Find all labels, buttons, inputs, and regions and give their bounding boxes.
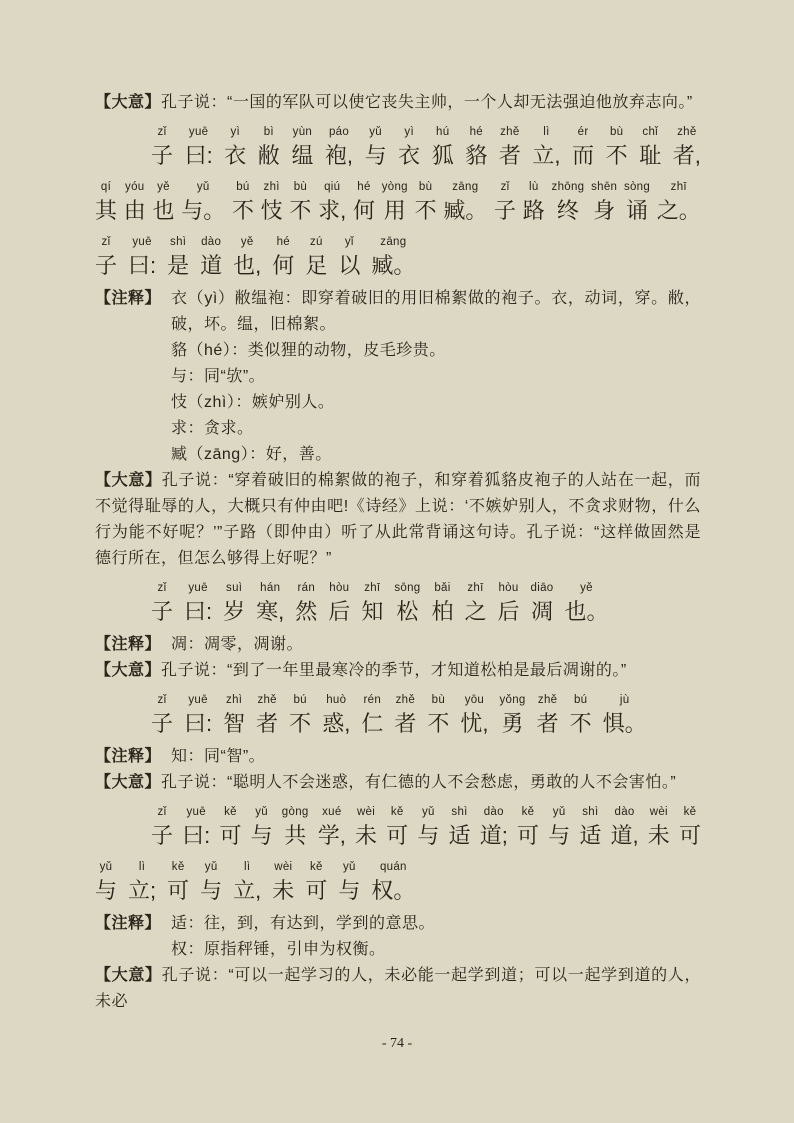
dayi-text: 孔子说：“一国的军队可以使它丧失主帅，一个人却无法强迫他放弃志向。” <box>161 94 693 111</box>
pinyin-annotation: yì <box>404 125 414 140</box>
hanzi-character: 由 <box>124 195 146 226</box>
pinyin-annotation: hòu <box>329 581 349 596</box>
verse-syllable: zhě者, <box>673 125 701 171</box>
dayi-paragraph: 【大意】孔子说：“一国的军队可以使它丧失主帅，一个人却无法强迫他放弃志向。” <box>95 90 701 116</box>
note-entry: 知：同“智”。 <box>171 744 701 770</box>
hanzi-character: 子 <box>151 596 173 627</box>
verse-syllable: zǐ子 <box>151 805 173 851</box>
pinyin-annotation: bù <box>432 693 445 708</box>
pinyin-annotation: yǒng <box>499 693 525 708</box>
pinyin-annotation: yōu <box>465 693 484 708</box>
pinyin-annotation: yě <box>157 180 170 195</box>
verse-syllable: lù路 <box>523 180 545 226</box>
verse-syllable: hú狐 <box>432 125 454 171</box>
pinyin-annotation: kě <box>684 805 697 820</box>
pinyin-annotation: bú <box>236 180 249 195</box>
pinyin-annotation: shēn <box>591 180 617 195</box>
pinyin-annotation: hú <box>436 125 449 140</box>
hanzi-character: 子 <box>95 250 117 281</box>
pinyin-annotation: hòu <box>498 581 518 596</box>
hanzi-character: 与 <box>548 820 570 851</box>
verse-syllable: qiú求, <box>318 180 346 226</box>
verse-syllable: kě可 <box>679 805 701 851</box>
page-content: 【大意】孔子说：“一国的军队可以使它丧失主帅，一个人却无法强迫他放弃志向。”zǐ… <box>95 90 701 1015</box>
hanzi-character: 衣 <box>398 140 420 171</box>
verse-syllable: bù不 <box>415 180 437 226</box>
pinyin-annotation: gòng <box>282 805 309 820</box>
note-block: 【注释】衣（yì）敝缊袍：即穿着破旧的用旧棉絮做的袍子。衣，动词，穿。敝，破，坏… <box>95 286 701 468</box>
verse-syllable: bù不 <box>427 693 449 739</box>
dayi-label: 【大意】 <box>95 774 161 791</box>
hanzi-character: 智 <box>223 708 245 739</box>
hanzi-character: 惧。 <box>603 708 647 739</box>
hanzi-character: 仁 <box>361 708 383 739</box>
hanzi-character: 子 <box>494 195 516 226</box>
pinyin-annotation: dào <box>201 235 221 250</box>
verse-syllable: wèi未 <box>648 805 670 851</box>
verse-syllable: gòng共 <box>282 805 309 851</box>
verse-syllable: dào道 <box>200 235 222 281</box>
hanzi-character: 者 <box>499 140 521 171</box>
verse-syllable: bú不 <box>232 180 254 226</box>
verse-syllable: zú足 <box>305 235 327 281</box>
pinyin-annotation: wèi <box>650 805 668 820</box>
verse-syllable: hé何 <box>353 180 375 226</box>
verse-syllable: jù惧。 <box>603 693 647 739</box>
note-entries: 衣（yì）敝缊袍：即穿着破旧的用旧棉絮做的袍子。衣，动词，穿。敝，破，坏。缊，旧… <box>171 286 701 468</box>
verse-syllable: yuē曰: <box>185 125 213 171</box>
hanzi-character: 终 <box>557 195 579 226</box>
hanzi-character: 缊 <box>291 140 313 171</box>
pinyin-annotation: zhě <box>500 125 519 140</box>
note-label: 【注释】 <box>95 632 161 658</box>
verse-line: zǐ子yuē曰:yì衣bì敝yùn缊páo袍,yǔ与yì衣hú狐hé貉zhě者l… <box>95 125 701 171</box>
verse-syllable: yuē曰: <box>128 235 156 281</box>
note-block: 【注释】知：同“智”。 <box>95 744 701 770</box>
verse-syllable: shì适 <box>449 805 471 851</box>
pinyin-annotation: bù <box>419 180 432 195</box>
hanzi-character: 诵 <box>626 195 648 226</box>
hanzi-character: 曰: <box>182 820 210 851</box>
dayi-text: 孔子说：“可以一起学习的人，未必能一起学到道；可以一起学到道的人，未必 <box>95 967 701 1010</box>
pinyin-annotation: páo <box>329 125 349 140</box>
hanzi-character: 后 <box>328 596 350 627</box>
hanzi-character: 可 <box>386 820 408 851</box>
pinyin-annotation: yǐ <box>345 235 354 250</box>
pinyin-annotation: yòng <box>382 180 408 195</box>
verse-syllable: zhì智 <box>223 693 245 739</box>
pinyin-annotation: bì <box>264 125 274 140</box>
pinyin-annotation: jù <box>620 693 630 708</box>
pinyin-annotation: zhī <box>364 581 380 596</box>
verse-syllable: yì衣 <box>398 125 420 171</box>
pinyin-annotation: yuē <box>189 125 208 140</box>
pinyin-annotation: kě <box>310 860 323 875</box>
verse-syllable: kě可 <box>167 860 189 906</box>
hanzi-character: 立, <box>532 140 560 171</box>
hanzi-character: 不 <box>606 140 628 171</box>
pinyin-annotation: zǐ <box>158 581 167 596</box>
pinyin-annotation: wèi <box>357 805 375 820</box>
hanzi-character: 臧。 <box>443 195 487 226</box>
verse-syllable: bì敝 <box>258 125 280 171</box>
dayi-paragraph: 【大意】孔子说：“聪明人不会迷惑，有仁德的人不会愁虑，勇敢的人不会害怕。” <box>95 770 701 796</box>
verse-syllable: yuē曰: <box>184 693 212 739</box>
verse-syllable: zǐ子 <box>151 125 173 171</box>
verse-syllable: hán寒, <box>256 581 284 627</box>
dayi-label: 【大意】 <box>95 662 161 679</box>
verse-syllable: bǎi柏 <box>431 581 453 627</box>
verse-syllable: sòng诵 <box>624 180 650 226</box>
verse-syllable: yǔ与 <box>338 860 360 906</box>
pinyin-annotation: yì <box>230 125 240 140</box>
hanzi-character: 者 <box>256 708 278 739</box>
pinyin-annotation: dào <box>615 805 635 820</box>
dayi-paragraph: 【大意】孔子说：“穿着破旧的棉絮做的袍子，和穿着狐貉皮袍子的人站在一起，而不觉得… <box>95 468 701 572</box>
verse-syllable: yǔ与 <box>417 805 439 851</box>
verse-syllable: zǐ子 <box>151 693 173 739</box>
verse-syllable: rán然 <box>295 581 317 627</box>
verse-syllable: zǐ子 <box>494 180 516 226</box>
note-label: 【注释】 <box>95 744 161 770</box>
dayi-label: 【大意】 <box>95 472 162 489</box>
pinyin-annotation: hé <box>277 235 290 250</box>
pinyin-annotation: bǎi <box>434 581 450 596</box>
hanzi-character: 子 <box>151 708 173 739</box>
pinyin-annotation: lì <box>244 860 250 875</box>
pinyin-annotation: yǔ <box>369 125 382 140</box>
verse-syllable: zhī之 <box>464 581 486 627</box>
dayi-text: 孔子说：“聪明人不会迷惑，有仁德的人不会愁虑，勇敢的人不会害怕。” <box>161 774 676 791</box>
verse-syllable: zāng臧。 <box>443 180 487 226</box>
hanzi-character: 共 <box>284 820 306 851</box>
verse-syllable: zāng臧。 <box>371 235 415 281</box>
hanzi-character: 之。 <box>657 195 701 226</box>
verse-syllable: ér而 <box>572 125 594 171</box>
hanzi-character: 曰: <box>128 250 156 281</box>
hanzi-character: 不 <box>570 708 592 739</box>
hanzi-character: 勇 <box>502 708 524 739</box>
pinyin-annotation: yuē <box>132 235 151 250</box>
note-entry: 凋：凋零，凋谢。 <box>171 632 701 658</box>
pinyin-annotation: zhōng <box>552 180 585 195</box>
verse-syllable: yōu忧, <box>460 693 488 739</box>
hanzi-character: 曰: <box>185 140 213 171</box>
pinyin-annotation: lì <box>139 860 145 875</box>
hanzi-character: 道; <box>480 820 508 851</box>
verse-syllable: yuē曰: <box>182 805 210 851</box>
hanzi-character: 也。 <box>564 596 608 627</box>
pinyin-annotation: kě <box>172 860 185 875</box>
verse-syllable: wèi未 <box>272 860 294 906</box>
pinyin-annotation: xué <box>322 805 341 820</box>
verse-syllable: dào道, <box>611 805 639 851</box>
pinyin-annotation: yuē <box>188 581 207 596</box>
pinyin-annotation: hé <box>357 180 370 195</box>
hanzi-character: 与 <box>200 875 222 906</box>
hanzi-character: 凋 <box>531 596 553 627</box>
verse-syllable: yǔ与 <box>95 860 117 906</box>
pinyin-annotation: yǔ <box>343 860 356 875</box>
pinyin-annotation: bú <box>574 693 587 708</box>
note-entries: 凋：凋零，凋谢。 <box>171 632 701 658</box>
pinyin-annotation: bù <box>610 125 623 140</box>
verse-syllable: hé貉 <box>465 125 487 171</box>
pinyin-annotation: zǐ <box>158 693 167 708</box>
verse-line: zǐ子yuē曰:zhì智zhě者bú不huò惑,rén仁zhě者bù不yōu忧,… <box>95 693 701 739</box>
pinyin-annotation: diāo <box>531 581 554 596</box>
verse-syllable: yǔ与。 <box>181 180 225 226</box>
hanzi-character: 道 <box>200 250 222 281</box>
verse-syllable: hé何 <box>272 235 294 281</box>
hanzi-character: 后 <box>498 596 520 627</box>
hanzi-character: 者 <box>394 708 416 739</box>
page-number: - 74 - <box>0 1036 794 1052</box>
hanzi-character: 未 <box>355 820 377 851</box>
note-label: 【注释】 <box>95 911 161 937</box>
verse-syllable: suì岁 <box>223 581 245 627</box>
hanzi-character: 柏 <box>431 596 453 627</box>
verse-syllable: zhōng终 <box>552 180 585 226</box>
note-entry: 貉（hé）：类似狸的动物，皮毛珍贵。 <box>171 338 701 364</box>
verse-syllable: zhě者 <box>537 693 559 739</box>
pinyin-annotation: yǔ <box>255 805 268 820</box>
pinyin-annotation: shì <box>451 805 467 820</box>
hanzi-character: 求, <box>318 195 346 226</box>
hanzi-character: 忮 <box>261 195 283 226</box>
dayi-paragraph: 【大意】孔子说：“可以一起学习的人，未必能一起学到道；可以一起学到道的人，未必 <box>95 963 701 1015</box>
note-entry: 与：同“欤”。 <box>171 364 701 390</box>
verse-syllable: lì立, <box>233 860 261 906</box>
note-entries: 适：往，到，有达到，学到的意思。权：原指秤锤，引申为权衡。 <box>171 911 701 963</box>
verse-syllable: zhě者 <box>394 693 416 739</box>
hanzi-character: 然 <box>295 596 317 627</box>
verse-syllable: yě也 <box>152 180 174 226</box>
verse-syllable: yě也。 <box>564 581 608 627</box>
pinyin-annotation: lì <box>543 125 549 140</box>
verse-syllable: huò惑, <box>322 693 350 739</box>
verse-syllable: zhì忮 <box>261 180 283 226</box>
hanzi-character: 衣 <box>224 140 246 171</box>
pinyin-annotation: yǔ <box>205 860 218 875</box>
hanzi-character: 与 <box>338 875 360 906</box>
pinyin-annotation: yùn <box>293 125 312 140</box>
verse-syllable: yì衣 <box>224 125 246 171</box>
hanzi-character: 与 <box>95 875 117 906</box>
verse-syllable: quán权。 <box>371 860 415 906</box>
pinyin-annotation: qí <box>101 180 111 195</box>
note-entry: 臧（zāng）：好，善。 <box>171 442 701 468</box>
pinyin-annotation: zǐ <box>158 805 167 820</box>
note-entry: 衣（yì）敝缊袍：即穿着破旧的用旧棉絮做的袍子。衣，动词，穿。敝，破，坏。缊，旧… <box>171 286 701 338</box>
verse-syllable: chǐ耻 <box>639 125 661 171</box>
pinyin-annotation: kě <box>522 805 535 820</box>
verse-syllable: zhī之。 <box>657 180 701 226</box>
pinyin-annotation: zhì <box>226 693 242 708</box>
hanzi-character: 以 <box>338 250 360 281</box>
pinyin-annotation: yǔ <box>100 860 113 875</box>
verse-syllable: diāo凋 <box>531 581 554 627</box>
hanzi-character: 者 <box>537 708 559 739</box>
verse-syllable: yòng用 <box>382 180 408 226</box>
verse-line: zǐ子yuē曰:suì岁hán寒,rán然hòu后zhī知sōng松bǎi柏zh… <box>95 581 701 627</box>
pinyin-annotation: rén <box>364 693 382 708</box>
hanzi-character: 立, <box>233 875 261 906</box>
hanzi-character: 用 <box>384 195 406 226</box>
pinyin-annotation: kě <box>391 805 404 820</box>
verse-syllable: xué学, <box>318 805 346 851</box>
verse-syllable: kě可 <box>219 805 241 851</box>
verse-syllable: kě可 <box>517 805 539 851</box>
verse-syllable: yě也, <box>233 235 261 281</box>
verse-syllable: kě可 <box>305 860 327 906</box>
pinyin-annotation: yǔ <box>422 805 435 820</box>
pinyin-annotation: lù <box>529 180 539 195</box>
hanzi-character: 足 <box>305 250 327 281</box>
note-entry: 适：往，到，有达到，学到的意思。 <box>171 911 701 937</box>
hanzi-character: 惑, <box>322 708 350 739</box>
hanzi-character: 知 <box>361 596 383 627</box>
verse-syllable: yǐ以 <box>338 235 360 281</box>
verse-syllable: yùn缊 <box>291 125 313 171</box>
hanzi-character: 也 <box>152 195 174 226</box>
pinyin-annotation: zhě <box>396 693 415 708</box>
verse-syllable: hòu后 <box>498 581 520 627</box>
note-entries: 知：同“智”。 <box>171 744 701 770</box>
hanzi-character: 耻 <box>639 140 661 171</box>
verse-syllable: zǐ子 <box>151 581 173 627</box>
pinyin-annotation: dào <box>484 805 504 820</box>
hanzi-character: 与 <box>251 820 273 851</box>
verse-line: zǐ子yuē曰:kě可yǔ与gòng共xué学,wèi未kě可yǔ与shì适dà… <box>95 805 701 851</box>
verse-syllable: bú不 <box>289 693 311 739</box>
pinyin-annotation: rán <box>298 581 316 596</box>
verse-line: qí其yóu由yě也yǔ与。bú不zhì忮bù不qiú求,hé何yòng用bù不… <box>95 180 701 226</box>
hanzi-character: 不 <box>415 195 437 226</box>
hanzi-character: 适 <box>579 820 601 851</box>
pinyin-annotation: ér <box>578 125 589 140</box>
hanzi-character: 不 <box>232 195 254 226</box>
pinyin-annotation: zǐ <box>501 180 510 195</box>
verse-syllable: rén仁 <box>361 693 383 739</box>
verse-syllable: lì立; <box>128 860 156 906</box>
note-block: 【注释】凋：凋零，凋谢。 <box>95 632 701 658</box>
pinyin-annotation: yuē <box>187 805 206 820</box>
verse-syllable: sōng松 <box>394 581 420 627</box>
pinyin-annotation: bú <box>293 693 306 708</box>
verse-syllable: yǔ与 <box>251 805 273 851</box>
note-entry: 忮（zhì）：嫉妒别人。 <box>171 390 701 416</box>
pinyin-annotation: zú <box>310 235 323 250</box>
hanzi-character: 与。 <box>181 195 225 226</box>
hanzi-character: 而 <box>572 140 594 171</box>
verse-syllable: yǔ与 <box>200 860 222 906</box>
pinyin-annotation: zāng <box>452 180 478 195</box>
dayi-text: 孔子说：“到了一年里最寒冷的季节，才知道松柏是最后凋谢的。” <box>161 662 627 679</box>
verse-syllable: shì是 <box>167 235 189 281</box>
pinyin-annotation: shì <box>170 235 186 250</box>
hanzi-character: 貉 <box>465 140 487 171</box>
pinyin-annotation: suì <box>226 581 242 596</box>
hanzi-character: 狐 <box>432 140 454 171</box>
hanzi-character: 何 <box>272 250 294 281</box>
hanzi-character: 曰: <box>184 596 212 627</box>
hanzi-character: 道, <box>611 820 639 851</box>
hanzi-character: 可 <box>219 820 241 851</box>
verse-syllable: yǔ与 <box>548 805 570 851</box>
hanzi-character: 子 <box>151 820 173 851</box>
verse-syllable: wèi未 <box>355 805 377 851</box>
pinyin-annotation: huò <box>326 693 346 708</box>
note-block: 【注释】适：往，到，有达到，学到的意思。权：原指秤锤，引申为权衡。 <box>95 911 701 963</box>
hanzi-character: 松 <box>396 596 418 627</box>
hanzi-character: 不 <box>289 708 311 739</box>
hanzi-character: 袍, <box>325 140 353 171</box>
pinyin-annotation: zāng <box>380 235 406 250</box>
hanzi-character: 忧, <box>460 708 488 739</box>
pinyin-annotation: zǐ <box>158 125 167 140</box>
verse-syllable: zhě者 <box>256 693 278 739</box>
pinyin-annotation: zhī <box>467 581 483 596</box>
verse-syllable: yuē曰: <box>184 581 212 627</box>
pinyin-annotation: yǔ <box>197 180 210 195</box>
hanzi-character: 之 <box>464 596 486 627</box>
hanzi-character: 路 <box>523 195 545 226</box>
verse-line: zǐ子yuē曰:shì是dào道yě也,hé何zú足yǐ以zāng臧。 <box>95 235 701 281</box>
pinyin-annotation: kě <box>224 805 237 820</box>
verse-syllable: qí其 <box>95 180 117 226</box>
hanzi-character: 是 <box>167 250 189 281</box>
hanzi-character: 与 <box>417 820 439 851</box>
document-page: 【大意】孔子说：“一国的军队可以使它丧失主帅，一个人却无法强迫他放弃志向。”zǐ… <box>0 0 794 1123</box>
pinyin-annotation: zhī <box>671 180 687 195</box>
hanzi-character: 立; <box>128 875 156 906</box>
verse-syllable: kě可 <box>386 805 408 851</box>
hanzi-character: 学, <box>318 820 346 851</box>
pinyin-annotation: bù <box>294 180 307 195</box>
verse-line: yǔ与lì立;kě可yǔ与lì立,wèi未kě可yǔ与quán权。 <box>95 860 701 906</box>
verse-syllable: lì立, <box>532 125 560 171</box>
verse-syllable: hòu后 <box>328 581 350 627</box>
pinyin-annotation: yuē <box>188 693 207 708</box>
dayi-label: 【大意】 <box>95 94 161 111</box>
note-entry: 权：原指秤锤，引申为权衡。 <box>171 937 701 963</box>
hanzi-character: 未 <box>648 820 670 851</box>
pinyin-annotation: yě <box>241 235 254 250</box>
hanzi-character: 臧。 <box>371 250 415 281</box>
pinyin-annotation: sòng <box>624 180 650 195</box>
pinyin-annotation: zhì <box>264 180 280 195</box>
pinyin-annotation: zhě <box>538 693 557 708</box>
hanzi-character: 不 <box>289 195 311 226</box>
pinyin-annotation: hé <box>470 125 483 140</box>
verse-syllable: bù不 <box>289 180 311 226</box>
pinyin-annotation: zǐ <box>102 235 111 250</box>
hanzi-character: 可 <box>517 820 539 851</box>
hanzi-character: 不 <box>427 708 449 739</box>
hanzi-character: 何 <box>353 195 375 226</box>
hanzi-character: 可 <box>305 875 327 906</box>
hanzi-character: 也, <box>233 250 261 281</box>
verse-syllable: zǐ子 <box>95 235 117 281</box>
hanzi-character: 者, <box>673 140 701 171</box>
hanzi-character: 寒, <box>256 596 284 627</box>
hanzi-character: 子 <box>151 140 173 171</box>
verse-syllable: zhě者 <box>499 125 521 171</box>
pinyin-annotation: quán <box>380 860 407 875</box>
hanzi-character: 敝 <box>258 140 280 171</box>
pinyin-annotation: zhě <box>677 125 696 140</box>
